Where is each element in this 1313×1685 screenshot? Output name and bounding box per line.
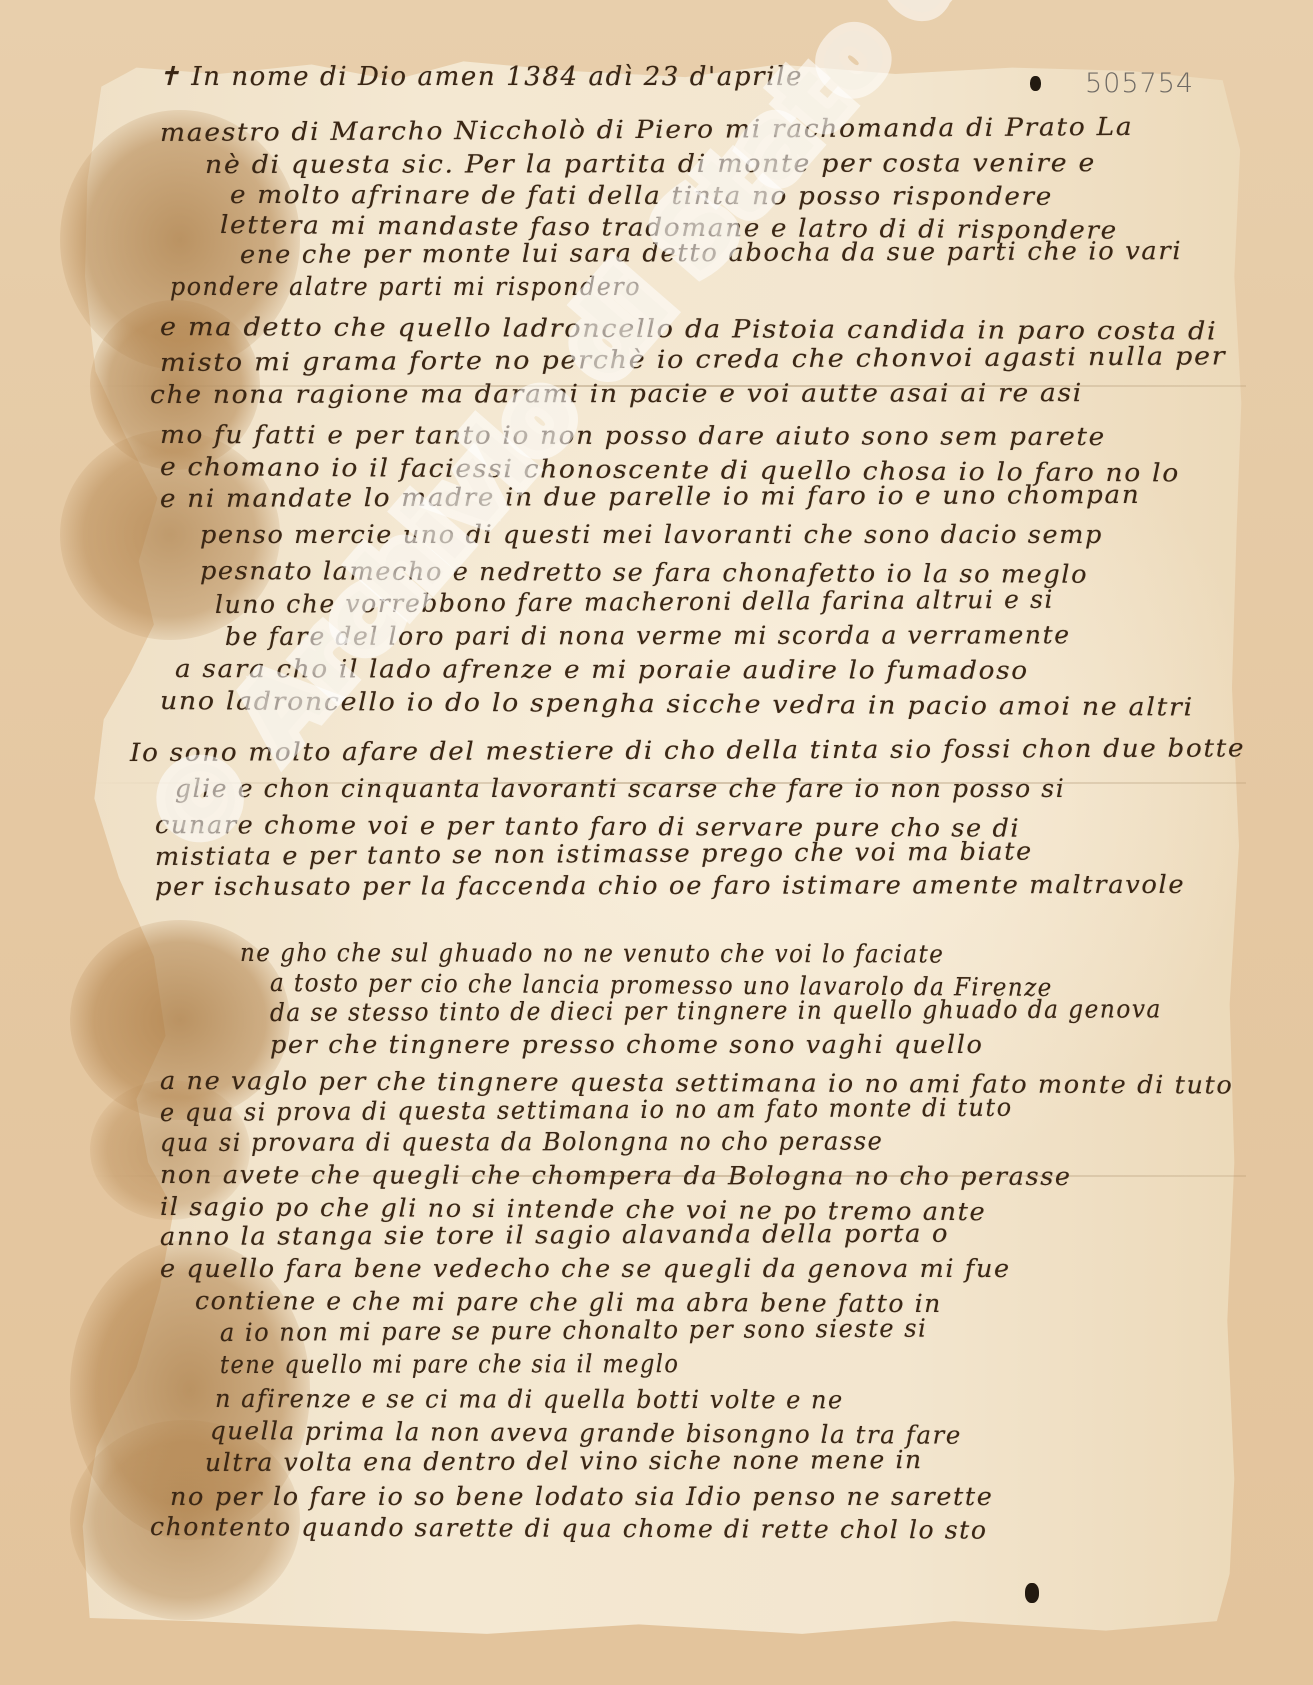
handwritten-line: luno che vorrebbono fare macheroni della…	[215, 585, 1054, 619]
handwritten-line: pondere alatre parti mi rispondero	[170, 272, 641, 301]
handwritten-line: Io sono molto afare del mestiere di cho …	[130, 733, 1245, 767]
handwritten-line: penso mercie uno di questi mei lavoranti…	[200, 520, 1103, 549]
catalog-number: 505754	[1085, 68, 1194, 99]
handwritten-line: ene che per monte lui sara detto abocha …	[240, 236, 1182, 269]
handwritten-line: pesnato lamecho e nedretto se fara chona…	[200, 556, 1088, 589]
handwritten-line: e quello fara bene vedecho che se quegli…	[160, 1254, 1011, 1283]
ink-blot	[1025, 1583, 1039, 1603]
handwritten-line: be fare del loro pari di nona verme mi s…	[225, 620, 1071, 651]
handwritten-line: e qua si prova di questa settimana io no…	[160, 1093, 1013, 1127]
handwritten-line: tene quello mi pare che sia il meglo	[220, 1349, 679, 1379]
handwritten-line: ultra volta ena dentro del vino siche no…	[205, 1445, 923, 1477]
handwritten-line: ne gho che sul ghuado no ne venuto che v…	[240, 938, 944, 968]
letter-heading: ✝ In nome di Dio amen 1384 adì 23 d'apri…	[158, 62, 803, 92]
handwritten-line: glie e chon cinquanta lavoranti scarse c…	[175, 774, 1065, 803]
handwritten-line: chontento quando sarette di qua chome di…	[150, 1512, 988, 1545]
handwritten-line: mistiata e per tanto se non istimasse pr…	[155, 836, 1033, 871]
handwritten-line: maestro di Marcho Niccholò di Piero mi r…	[160, 112, 1134, 147]
handwritten-line: da se stesso tinto de dieci per tingnere…	[270, 994, 1162, 1027]
handwritten-line: no per lo fare io so bene lodato sia Idi…	[170, 1482, 994, 1511]
handwritten-line: a sara cho il lado afrenze e mi poraie a…	[175, 654, 1029, 685]
handwritten-line: anno la stanga sie tore il sagio alavand…	[160, 1219, 949, 1251]
handwritten-line: e molto afrinare de fati della tinta no …	[230, 180, 1053, 211]
handwritten-line: e ni mandate lo madre in due parelle io …	[160, 480, 1141, 513]
handwritten-line: per che tingnere presso chome sono vaghi…	[270, 1030, 983, 1059]
handwritten-line: che nona ragione ma darami in pacie e vo…	[150, 378, 1083, 409]
handwritten-line: nè di questa sic. Per la partita di mont…	[205, 148, 1096, 179]
ink-blot	[1030, 76, 1041, 91]
handwritten-line: mo fu fatti e per tanto io non posso dar…	[160, 420, 1106, 451]
handwritten-line: e ma detto che quello ladroncello da Pis…	[160, 312, 1218, 345]
handwritten-line: qua si provara di questa da Bolongna no …	[160, 1126, 883, 1157]
handwritten-line: n afirenze e se ci ma di quella botti vo…	[215, 1384, 844, 1414]
handwritten-line: non avete che quegli che chompera da Bol…	[160, 1160, 1072, 1191]
handwritten-line: per ischusato per la faccenda chio oe fa…	[155, 870, 1185, 901]
handwritten-line: a io non mi pare se pure chonalto per so…	[220, 1314, 928, 1347]
